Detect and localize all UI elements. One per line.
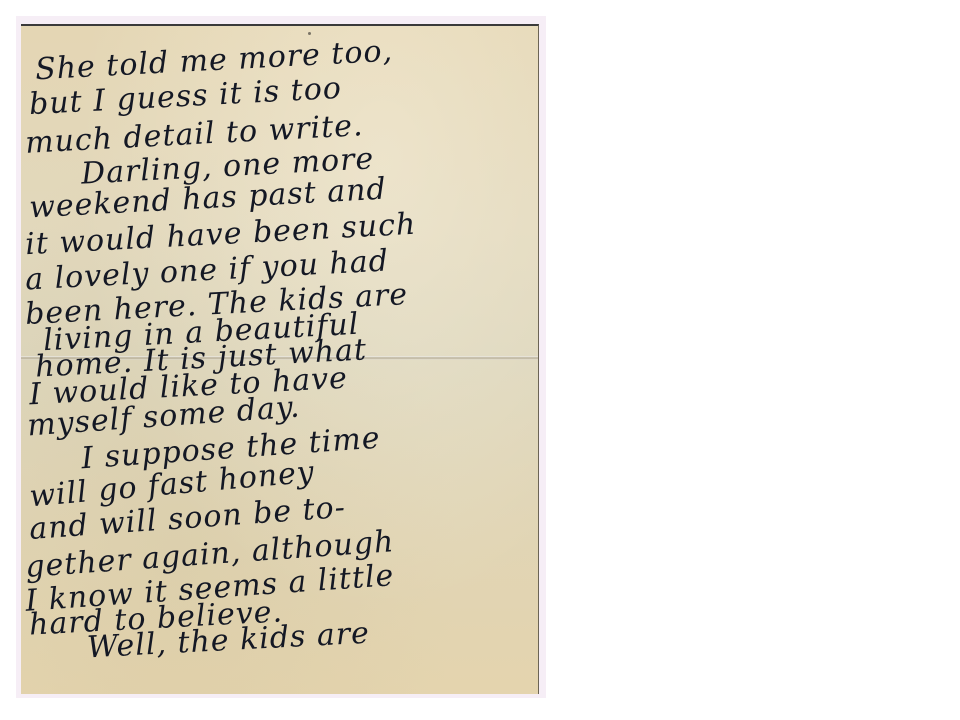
letter-page: She told me more too, but I guess it is … [21,24,539,694]
scan-canvas: She told me more too, but I guess it is … [0,0,960,720]
handwritten-text: She told me more too, but I guess it is … [21,26,538,694]
